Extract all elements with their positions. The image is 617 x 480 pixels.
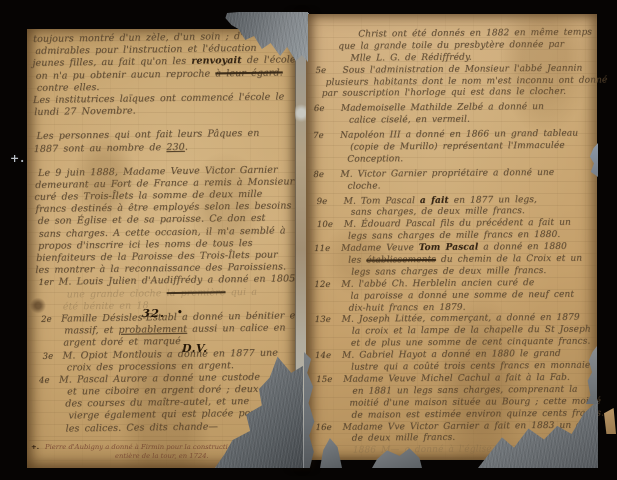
- manuscript-line: lundi 27 Novembre.: [28, 103, 304, 119]
- entry-number: 15e: [316, 375, 332, 387]
- manuscript-text: M. Gabriel Hayot a donné en 1880 le gran…: [342, 349, 561, 361]
- entry-number: 5e: [315, 65, 326, 77]
- manuscript-text: legs sans charges de deux mille francs.: [351, 266, 546, 278]
- manuscript-text: 1886 M— a donné à l'église —: [353, 445, 506, 456]
- manuscript-line: Conception.: [307, 152, 598, 166]
- entry-number: 14e: [315, 351, 331, 363]
- entry-number: 6e: [314, 104, 325, 116]
- manuscript-text: M. Joseph Littée, commerçant, a donné en…: [342, 313, 580, 325]
- manuscript-text: Sous l'administration de Monsieur l'abbé…: [342, 63, 582, 75]
- annotation-initials: D.V.: [182, 342, 207, 355]
- manuscript-text: les calices. Ces dits chande—: [66, 421, 219, 434]
- manuscript-text: Mademoiselle Mathilde Zelbé a donné un: [341, 102, 544, 114]
- manuscript-text: contre elles.: [37, 82, 100, 94]
- manuscript-line: calice ciselé, en vermeil.: [309, 114, 598, 128]
- manuscript-text: M. Victor Garnier propriétaire a donné u…: [340, 168, 554, 180]
- manuscript-text: sans charges, de deux mille francs.: [351, 207, 525, 219]
- manuscript-text: les établissements du chemin de la Croix…: [348, 254, 582, 266]
- manuscript-text: calice ciselé, en vermeil.: [349, 115, 470, 126]
- right-page: Christ ont été donnés en 1882 en même te…: [306, 14, 597, 460]
- adjacent-page-sliver: [604, 408, 616, 434]
- manuscript-text: de deux mille francs.: [352, 433, 456, 444]
- entry-number: 13e: [315, 315, 331, 327]
- entry-number: 4e: [39, 375, 50, 387]
- manuscript-text: de maison est estimée environ quinze cen…: [351, 408, 604, 420]
- manuscript-text: Mlle L. G. de Rédiffrédy.: [350, 52, 472, 63]
- manuscript-text: la paroisse a donné une somme de neuf ce…: [350, 289, 574, 301]
- manuscript-text: que la grande toile du presbytère donnée…: [338, 40, 564, 52]
- manuscript-text: par souscription l'horloge qui est dans …: [322, 87, 566, 99]
- annotation-dot: •: [177, 308, 183, 318]
- entry-number: 16e: [316, 422, 332, 434]
- manuscript-text: lustre qui a coûté trois cents francs en…: [351, 361, 593, 373]
- manuscript-text: (copie de Murillo) représentant l'Immacu…: [350, 141, 565, 153]
- manuscript-text: moitié d'une maison située au Bourg ; ce…: [349, 396, 601, 408]
- manuscript-text: Madame Veuve Tom Pascal a donné en 1880: [341, 242, 567, 254]
- entry-number: 1er: [38, 277, 53, 289]
- manuscript-text: croix des processions en argent.: [67, 360, 234, 373]
- entry-number: 9e: [317, 196, 328, 208]
- manuscript-text: legs sans charges de mille francs en 188…: [348, 230, 560, 242]
- manuscript-text: lundi 27 Novembre.: [34, 106, 136, 118]
- entry-number: 12e: [314, 280, 330, 292]
- manuscript-line: cloche.: [307, 179, 598, 193]
- right-page-text: Christ ont été donnés en 1882 en même te…: [306, 11, 601, 460]
- manuscript-text: M. Édouard Pascal fils du précédent a fa…: [344, 218, 571, 230]
- entry-number: 2e: [41, 314, 52, 326]
- entry-number: 8e: [313, 170, 324, 182]
- manuscript-text: 1887 sont au nombre de 230.: [34, 141, 188, 154]
- manuscript-text: plusieurs habitants dont le nom m'est in…: [326, 75, 608, 87]
- margin-cross-mark: +.: [10, 152, 25, 165]
- manuscript-text: dix-huit francs en 1879.: [349, 302, 466, 313]
- manuscript-text: M. Tom Pascal a fait en 1877 un legs,: [344, 195, 537, 207]
- entry-number: 3e: [42, 350, 53, 362]
- manuscript-text: en 1881 un legs sans charges, comprenant…: [352, 384, 577, 396]
- manuscript-text: et de plus une somme de cent cinquante f…: [351, 337, 591, 349]
- manuscript-text: été bénite en 18: [63, 300, 149, 312]
- manuscript-text: argent doré et marqué: [63, 336, 181, 349]
- manuscript-scan: toujours montré d'un zèle, d'un soin ; d…: [0, 0, 617, 480]
- entry-number: 10e: [317, 220, 333, 232]
- annotation-number: 32.: [142, 306, 165, 320]
- manuscript-text: Christ ont été donnés en 1882 en même te…: [358, 28, 592, 40]
- entry-number: 7e: [313, 131, 324, 143]
- entry-number: 11e: [314, 244, 330, 256]
- manuscript-line: par souscription l'horloge qui est dans …: [306, 87, 598, 101]
- manuscript-text: cloche.: [347, 181, 380, 191]
- manuscript-text: la croix et la lampe de la chapelle du S…: [352, 325, 591, 337]
- manuscript-text: Napoléon III a donné en 1866 un grand ta…: [340, 129, 578, 141]
- manuscript-text: Conception.: [347, 154, 403, 164]
- manuscript-line: 1887 sont au nombre de 230.: [28, 140, 305, 156]
- manuscript-text: Madame Veuve Michel Cachul a fait à la F…: [343, 373, 570, 385]
- manuscript-text: M. l'abbé Ch. Herblelin ancien curé de: [341, 278, 534, 290]
- footnote-marker: +.: [31, 443, 39, 452]
